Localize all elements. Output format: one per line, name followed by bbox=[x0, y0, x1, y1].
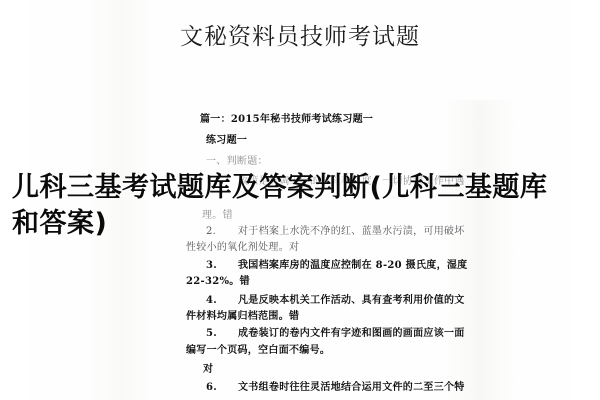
list-item: 3.我国档案库房的温度应控制在 8-20 摄氏度，湿度 bbox=[206, 256, 468, 271]
list-item: 4.凡是反映本机关工作活动、具有查考利用价值的文 bbox=[206, 291, 465, 306]
page-shadow bbox=[440, 100, 520, 400]
list-item: 5.成卷装订的卷内文件有字迹和图画的画面应该一面 bbox=[206, 324, 465, 339]
item-continuation: 件材料均属归档范围。错 bbox=[186, 307, 299, 322]
item-answer: 对 bbox=[203, 360, 213, 375]
subheading: 练习题一 bbox=[206, 131, 247, 146]
item-number: 5. bbox=[206, 328, 238, 339]
article-thumbnail: 文秘资料员技师考试题 篇一：2015年秘书技师考试练习题一 练习题一 一、判断题… bbox=[0, 0, 600, 400]
item-text: 文书组卷时往往灵活地结合运用文件的二至三个特 bbox=[238, 382, 465, 393]
headline-line-2: 和答案) bbox=[12, 206, 592, 242]
document-title: 文秘资料员技师考试题 bbox=[0, 18, 600, 51]
part-label: 一、判断题： bbox=[206, 152, 268, 167]
item-text: 我国档案库房的温度应控制在 8-20 摄氏度，湿度 bbox=[238, 260, 468, 271]
list-item: 6.文书组卷时往往灵活地结合运用文件的二至三个特 bbox=[206, 378, 465, 393]
overlay-headline: 儿科三基考试题库及答案判断(儿科三基题库 和答案) bbox=[12, 170, 592, 242]
item-text: 凡是反映本机关工作活动、具有查考利用价值的文 bbox=[238, 295, 465, 306]
item-continuation: 编写一个页码，空白面不编号。 bbox=[186, 341, 330, 356]
section-heading: 篇一：2015年秘书技师考试练习题一 bbox=[200, 110, 373, 125]
item-continuation: 22-32%。错 bbox=[186, 272, 250, 287]
headline-line-1: 儿科三基考试题库及答案判断(儿科三基题库 bbox=[12, 170, 592, 206]
item-text: 成卷装订的卷内文件有字迹和图画的画面应该一面 bbox=[238, 328, 465, 339]
item-number: 3. bbox=[206, 260, 238, 271]
item-number: 4. bbox=[206, 295, 238, 306]
item-number: 6. bbox=[206, 382, 238, 393]
